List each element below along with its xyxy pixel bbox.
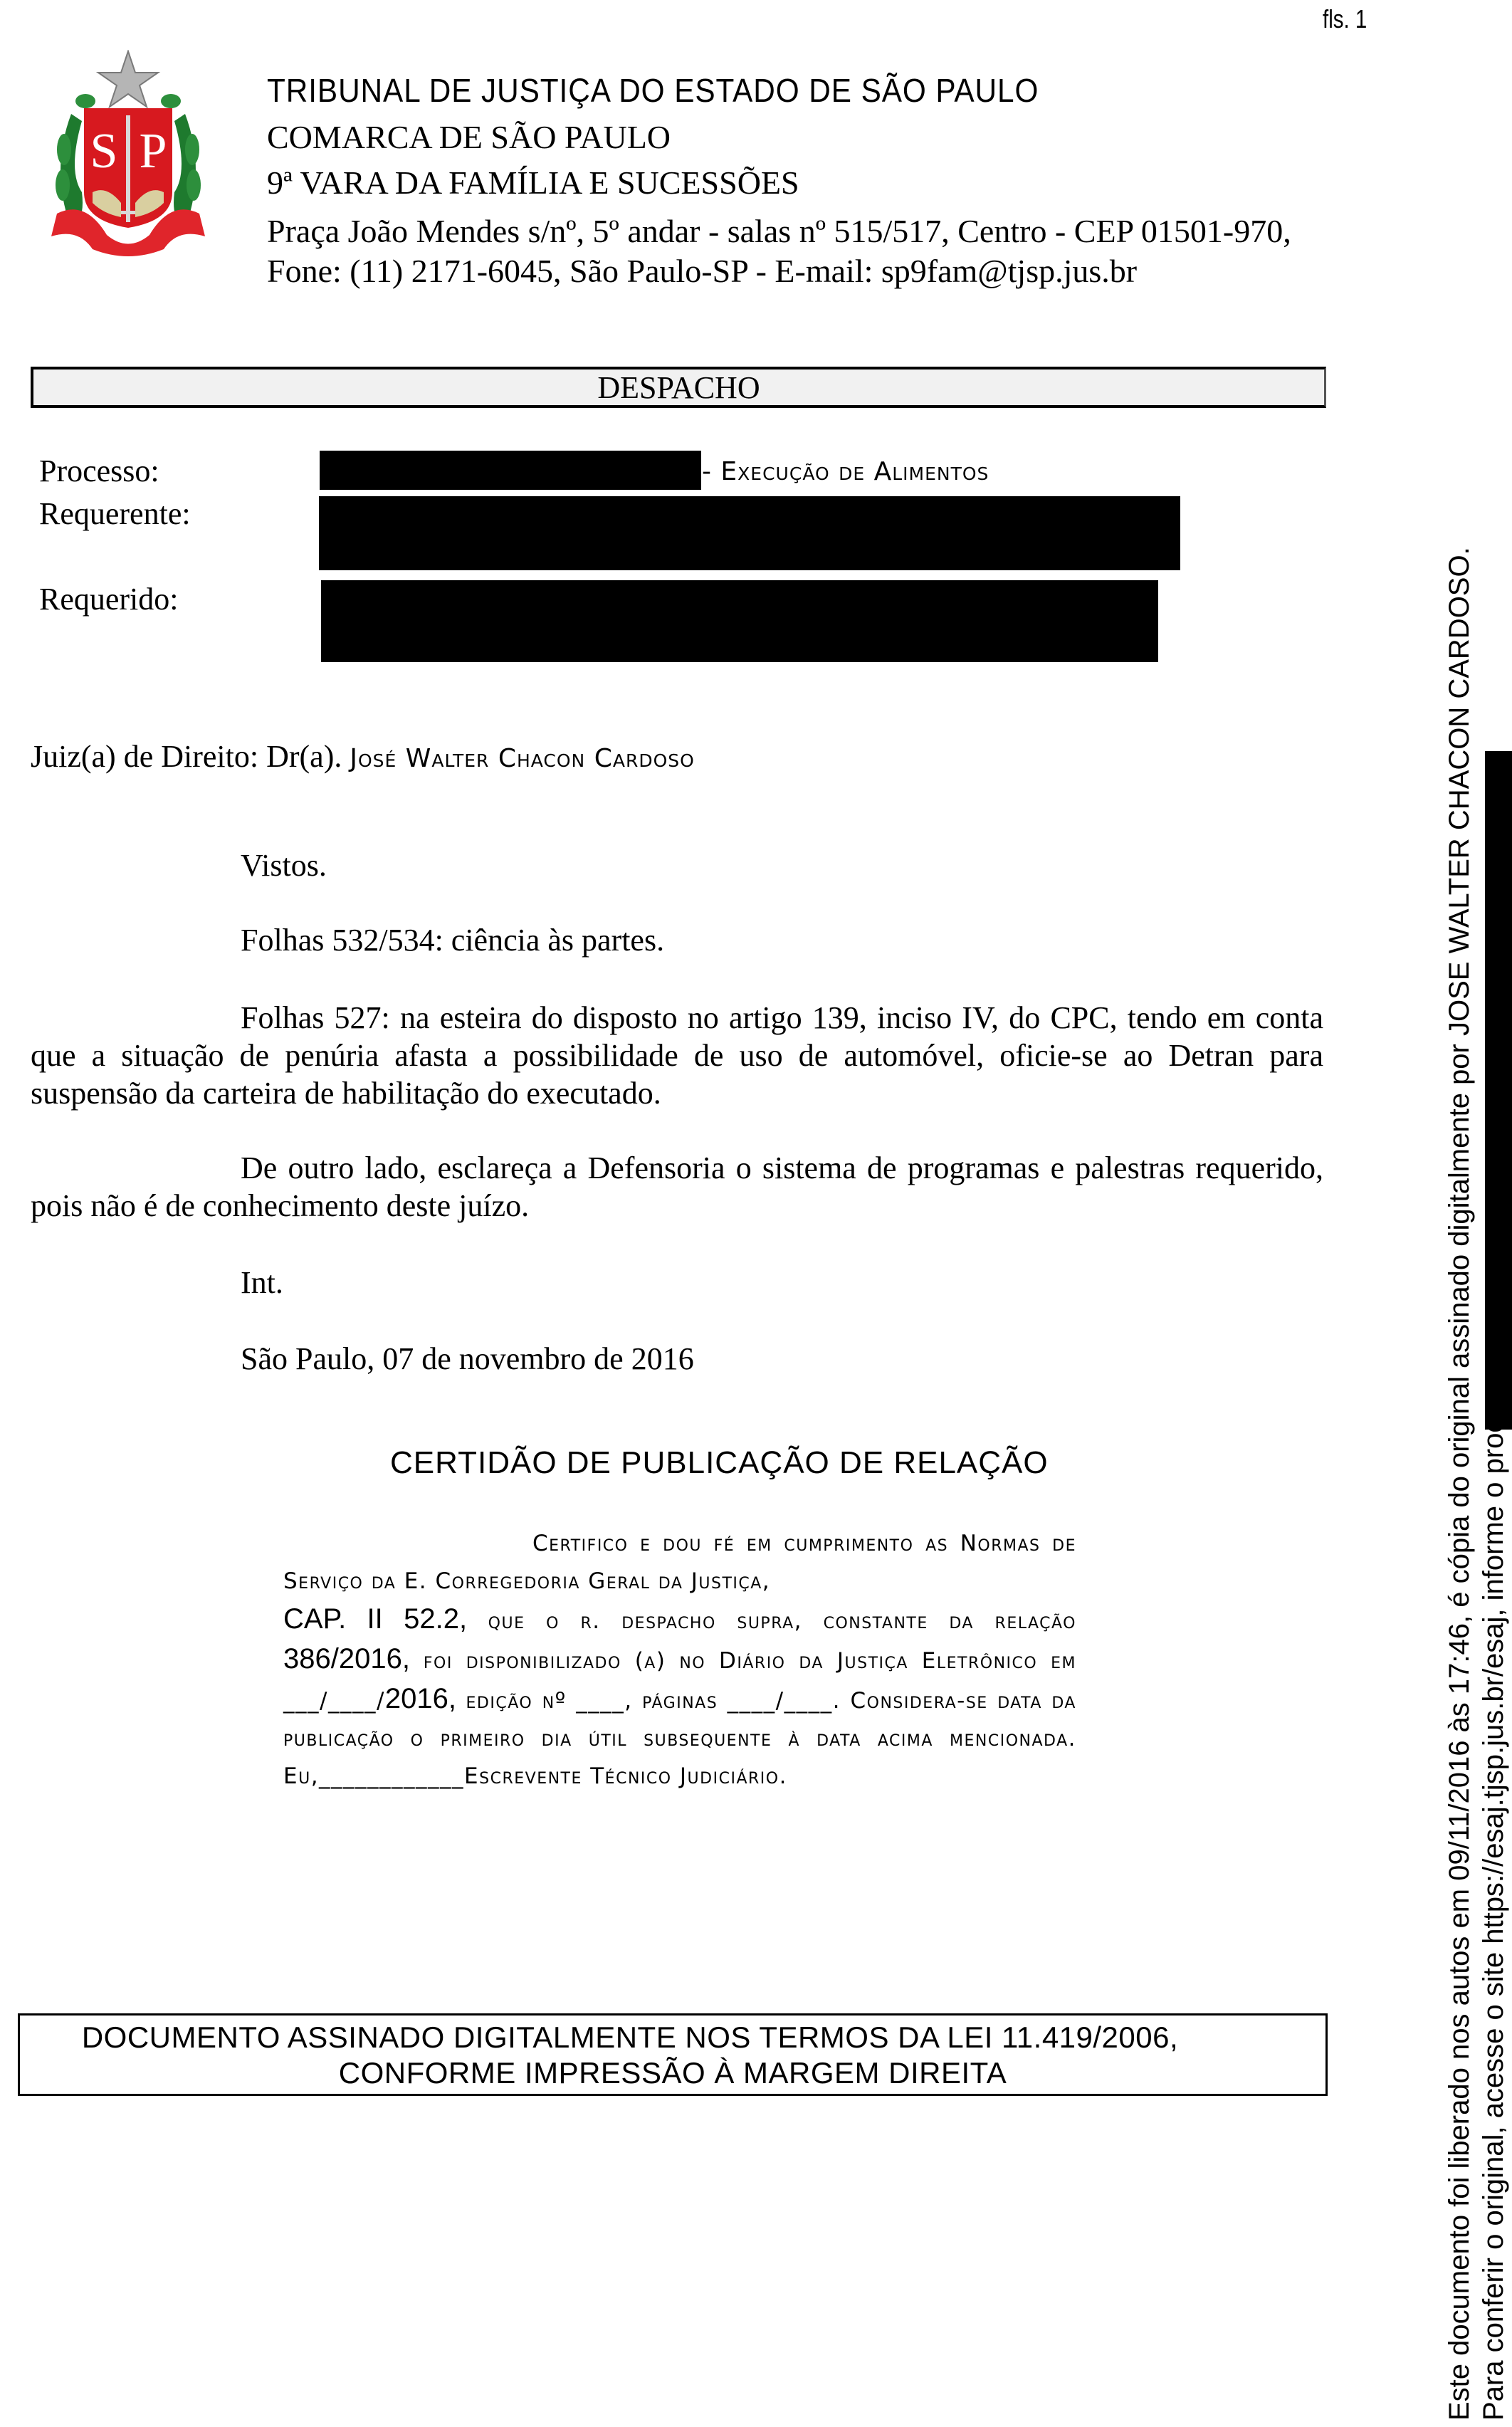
certidao-body: Certifico e dou fé em cumprimento as Nor… [283, 1525, 1076, 1796]
requerido-label: Requerido: [39, 581, 179, 617]
certidao-relacao: 386/2016, [283, 1643, 410, 1674]
paragraph-folhas-532: Folhas 532/534: ciência às partes. [241, 922, 664, 958]
page-number: fls. 1 [1323, 4, 1367, 34]
certidao-cap: CAP. II 52.2, [283, 1603, 467, 1635]
document-type-box: DESPACHO [31, 367, 1326, 408]
paragraph-folhas-527: Folhas 527: na esteira do disposto no ar… [31, 999, 1323, 1112]
requerente-redaction [319, 496, 1180, 570]
margin-line-1: Este documento foi liberado nos autos em… [1442, 662, 1476, 2421]
coat-of-arms-logo-icon: S P [43, 50, 214, 263]
judge-line: Juiz(a) de Direito: Dr(a). José Walter C… [31, 738, 695, 775]
margin-process-redaction [1485, 751, 1512, 1430]
requerente-label: Requerente: [39, 496, 191, 532]
certidao-title: CERTIDÃO DE PUBLICAÇÃO DE RELAÇÃO [390, 1445, 1049, 1481]
paragraph-outro-lado: De outro lado, esclareça a Defensoria o … [31, 1149, 1323, 1225]
certidao-year: 2016, [385, 1683, 456, 1714]
document-type-title: DESPACHO [597, 369, 760, 406]
paragraph-int: Int. [241, 1264, 283, 1301]
digital-signature-notice: DOCUMENTO ASSINADO DIGITALMENTE NOS TERM… [18, 2013, 1328, 2096]
processo-label: Processo: [39, 453, 159, 489]
judge-name: José Walter Chacon Cardoso [350, 744, 694, 773]
certidao-text-1: Certifico e dou fé em cumprimento as Nor… [283, 1525, 1076, 1600]
signature-notice-line-2: CONFORME IMPRESSÃO À MARGEM DIREITA [20, 2055, 1325, 2091]
certidao-text-2: que o r. despacho supra, constante da re… [467, 1608, 1076, 1634]
vara-name: 9ª VARA DA FAMÍLIA E SUCESSÕES [267, 164, 799, 201]
paragraph-vistos: Vistos. [241, 847, 327, 884]
institution-name: TRIBUNAL DE JUSTIÇA DO ESTADO DE SÃO PAU… [267, 71, 1039, 110]
comarca-name: COMARCA DE SÃO PAULO [267, 118, 671, 156]
processo-class: - Execução de Alimentos [702, 457, 989, 486]
place-and-date: São Paulo, 07 de novembro de 2016 [241, 1341, 694, 1377]
processo-number-redaction [320, 451, 701, 490]
address-line-2: Fone: (11) 2171-6045, São Paulo-SP - E-m… [267, 252, 1137, 290]
signature-notice-line-1: DOCUMENTO ASSINADO DIGITALMENTE NOS TERM… [20, 2020, 1325, 2055]
address-line-1: Praça João Mendes s/nº, 5º andar - salas… [267, 212, 1291, 250]
requerido-redaction [321, 580, 1158, 662]
svg-text:P: P [140, 124, 167, 179]
svg-text:S: S [90, 124, 118, 179]
judge-label: Juiz(a) de Direito: Dr(a). [31, 739, 342, 774]
